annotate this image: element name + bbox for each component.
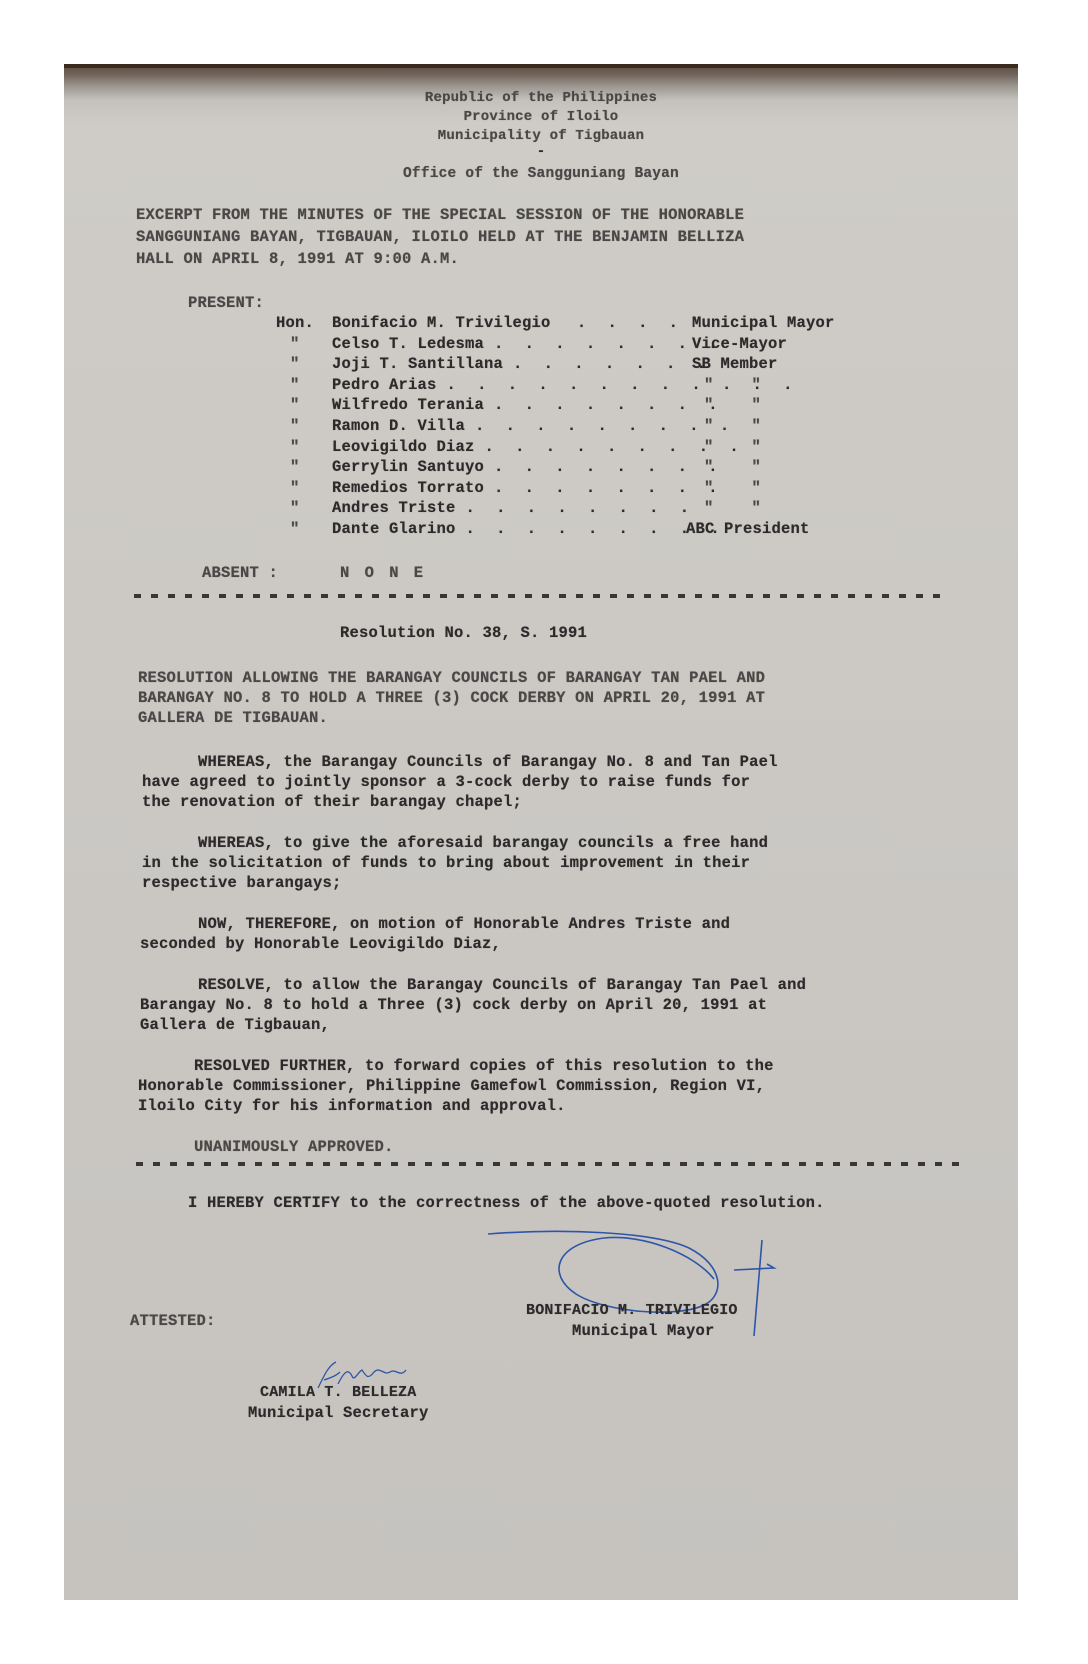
letterhead-separator: - [64, 144, 1018, 160]
dashed-divider [134, 594, 950, 598]
absent-value: N O N E [340, 564, 426, 582]
whereas-2-line-3: respective barangays; [142, 874, 342, 892]
member-name: Dante Glarino [332, 520, 456, 538]
absent-label: ABSENT : [202, 564, 278, 582]
member-name: Celso T. Ledesma [332, 335, 484, 353]
member-leader-dots: . . . . [577, 314, 684, 332]
member-name: Wilfredo Terania [332, 396, 484, 414]
member-prefix: " [290, 335, 300, 353]
member-name: Leovigildo Diaz [332, 438, 475, 456]
whereas-2-line-1: WHEREAS, to give the aforesaid barangay … [198, 834, 768, 852]
present-label: PRESENT: [188, 294, 264, 312]
resolve-line-1: RESOLVE, to allow the Barangay Councils … [198, 976, 806, 994]
letterhead-municipality: Municipality of Tigbauan [64, 128, 1018, 144]
member-leader-dots: . . . . . . . . [466, 499, 696, 517]
letterhead-province: Province of Iloilo [64, 109, 1018, 125]
resolution-title-line-2: BARANGAY NO. 8 TO HOLD A THREE (3) COCK … [138, 689, 765, 707]
resolution-title-line-3: GALLERA DE TIGBAUAN. [138, 709, 328, 727]
member-leader-dots: . . . . . . . . [494, 335, 724, 353]
member-name: Bonifacio M. Trivilegio [332, 314, 551, 332]
member-position: SB Member [692, 355, 778, 373]
member-prefix: " [290, 376, 300, 394]
member-position: " " [704, 499, 761, 517]
member-position: Vice-Mayor [692, 335, 787, 353]
member-prefix: " [290, 499, 300, 517]
member-leader-dots: . . . . . . . . [494, 479, 724, 497]
attested-label: ATTESTED: [130, 1312, 216, 1330]
member-leader-dots: . . . . . . . . [494, 396, 724, 414]
member-position: " " [704, 417, 761, 435]
document-page: Republic of the Philippines Province of … [64, 64, 1018, 1600]
approval-status: UNANIMOUSLY APPROVED. [194, 1138, 394, 1156]
now-therefore-line-1: NOW, THEREFORE, on motion of Honorable A… [198, 915, 730, 933]
member-prefix: " [290, 396, 300, 414]
member-position: Municipal Mayor [692, 314, 835, 332]
member-prefix: " [290, 479, 300, 497]
whereas-1-line-1: WHEREAS, the Barangay Councils of Barang… [198, 753, 778, 771]
member-position: " " [704, 458, 761, 476]
excerpt-line-3: HALL ON APRIL 8, 1991 AT 9:00 A.M. [136, 250, 459, 268]
dashed-divider-2 [136, 1162, 966, 1166]
whereas-1-line-2: have agreed to jointly sponsor a 3-cock … [142, 773, 750, 791]
resolve-line-2: Barangay No. 8 to hold a Three (3) cock … [140, 996, 767, 1014]
resolved-further-line-3: Iloilo City for his information and appr… [138, 1097, 566, 1115]
secretary-title: Municipal Secretary [248, 1404, 429, 1422]
resolution-title-line-1: RESOLUTION ALLOWING THE BARANGAY COUNCIL… [138, 669, 765, 687]
excerpt-line-2: SANGGUNIANG BAYAN, TIGBAUAN, ILOILO HELD… [136, 228, 744, 246]
member-prefix: " [290, 417, 300, 435]
signatory-name: BONIFACIO M. TRIVILEGIO [526, 1302, 738, 1319]
member-leader-dots: . . . . . . . . [494, 458, 724, 476]
member-name: Andres Triste [332, 499, 456, 517]
member-name: Remedios Torrato [332, 479, 484, 497]
member-leader-dots: . . . . . . . [513, 355, 712, 373]
member-position: " " [704, 479, 761, 497]
whereas-2-line-2: in the solicitation of funds to bring ab… [142, 854, 750, 872]
member-position: " " [704, 396, 761, 414]
member-position: " " [704, 438, 761, 456]
resolution-number: Resolution No. 38, S. 1991 [340, 624, 587, 642]
member-prefix: Hon. [276, 314, 314, 332]
member-leader-dots: . . . . . . . . . [475, 417, 735, 435]
letterhead-republic: Republic of the Philippines [64, 90, 1018, 106]
member-name: Pedro Arias [332, 376, 437, 394]
excerpt-line-1: EXCERPT FROM THE MINUTES OF THE SPECIAL … [136, 206, 744, 224]
member-name: Gerrylin Santuyo [332, 458, 484, 476]
member-prefix: " [290, 438, 300, 456]
office-title: Office of the Sangguniang Bayan [64, 166, 1018, 182]
resolve-line-3: Gallera de Tigbauan, [140, 1016, 330, 1034]
member-name: Ramon D. Villa [332, 417, 465, 435]
member-prefix: " [290, 458, 300, 476]
secretary-name: CAMILA T. BELLEZA [260, 1384, 416, 1401]
member-prefix: " [290, 520, 300, 538]
member-position: " " [704, 376, 761, 394]
now-therefore-line-2: seconded by Honorable Leovigildo Diaz, [140, 935, 501, 953]
whereas-1-line-3: the renovation of their barangay chapel; [142, 793, 522, 811]
member-prefix: " [290, 355, 300, 373]
member-position: ABC President [686, 520, 810, 538]
signatory-title: Municipal Mayor [572, 1322, 715, 1340]
resolved-further-line-2: Honorable Commissioner, Philippine Gamef… [138, 1077, 765, 1095]
resolved-further-line-1: RESOLVED FURTHER, to forward copies of t… [194, 1057, 774, 1075]
member-name: Joji T. Santillana [332, 355, 503, 373]
certification-text: I HEREBY CERTIFY to the correctness of t… [188, 1194, 825, 1212]
